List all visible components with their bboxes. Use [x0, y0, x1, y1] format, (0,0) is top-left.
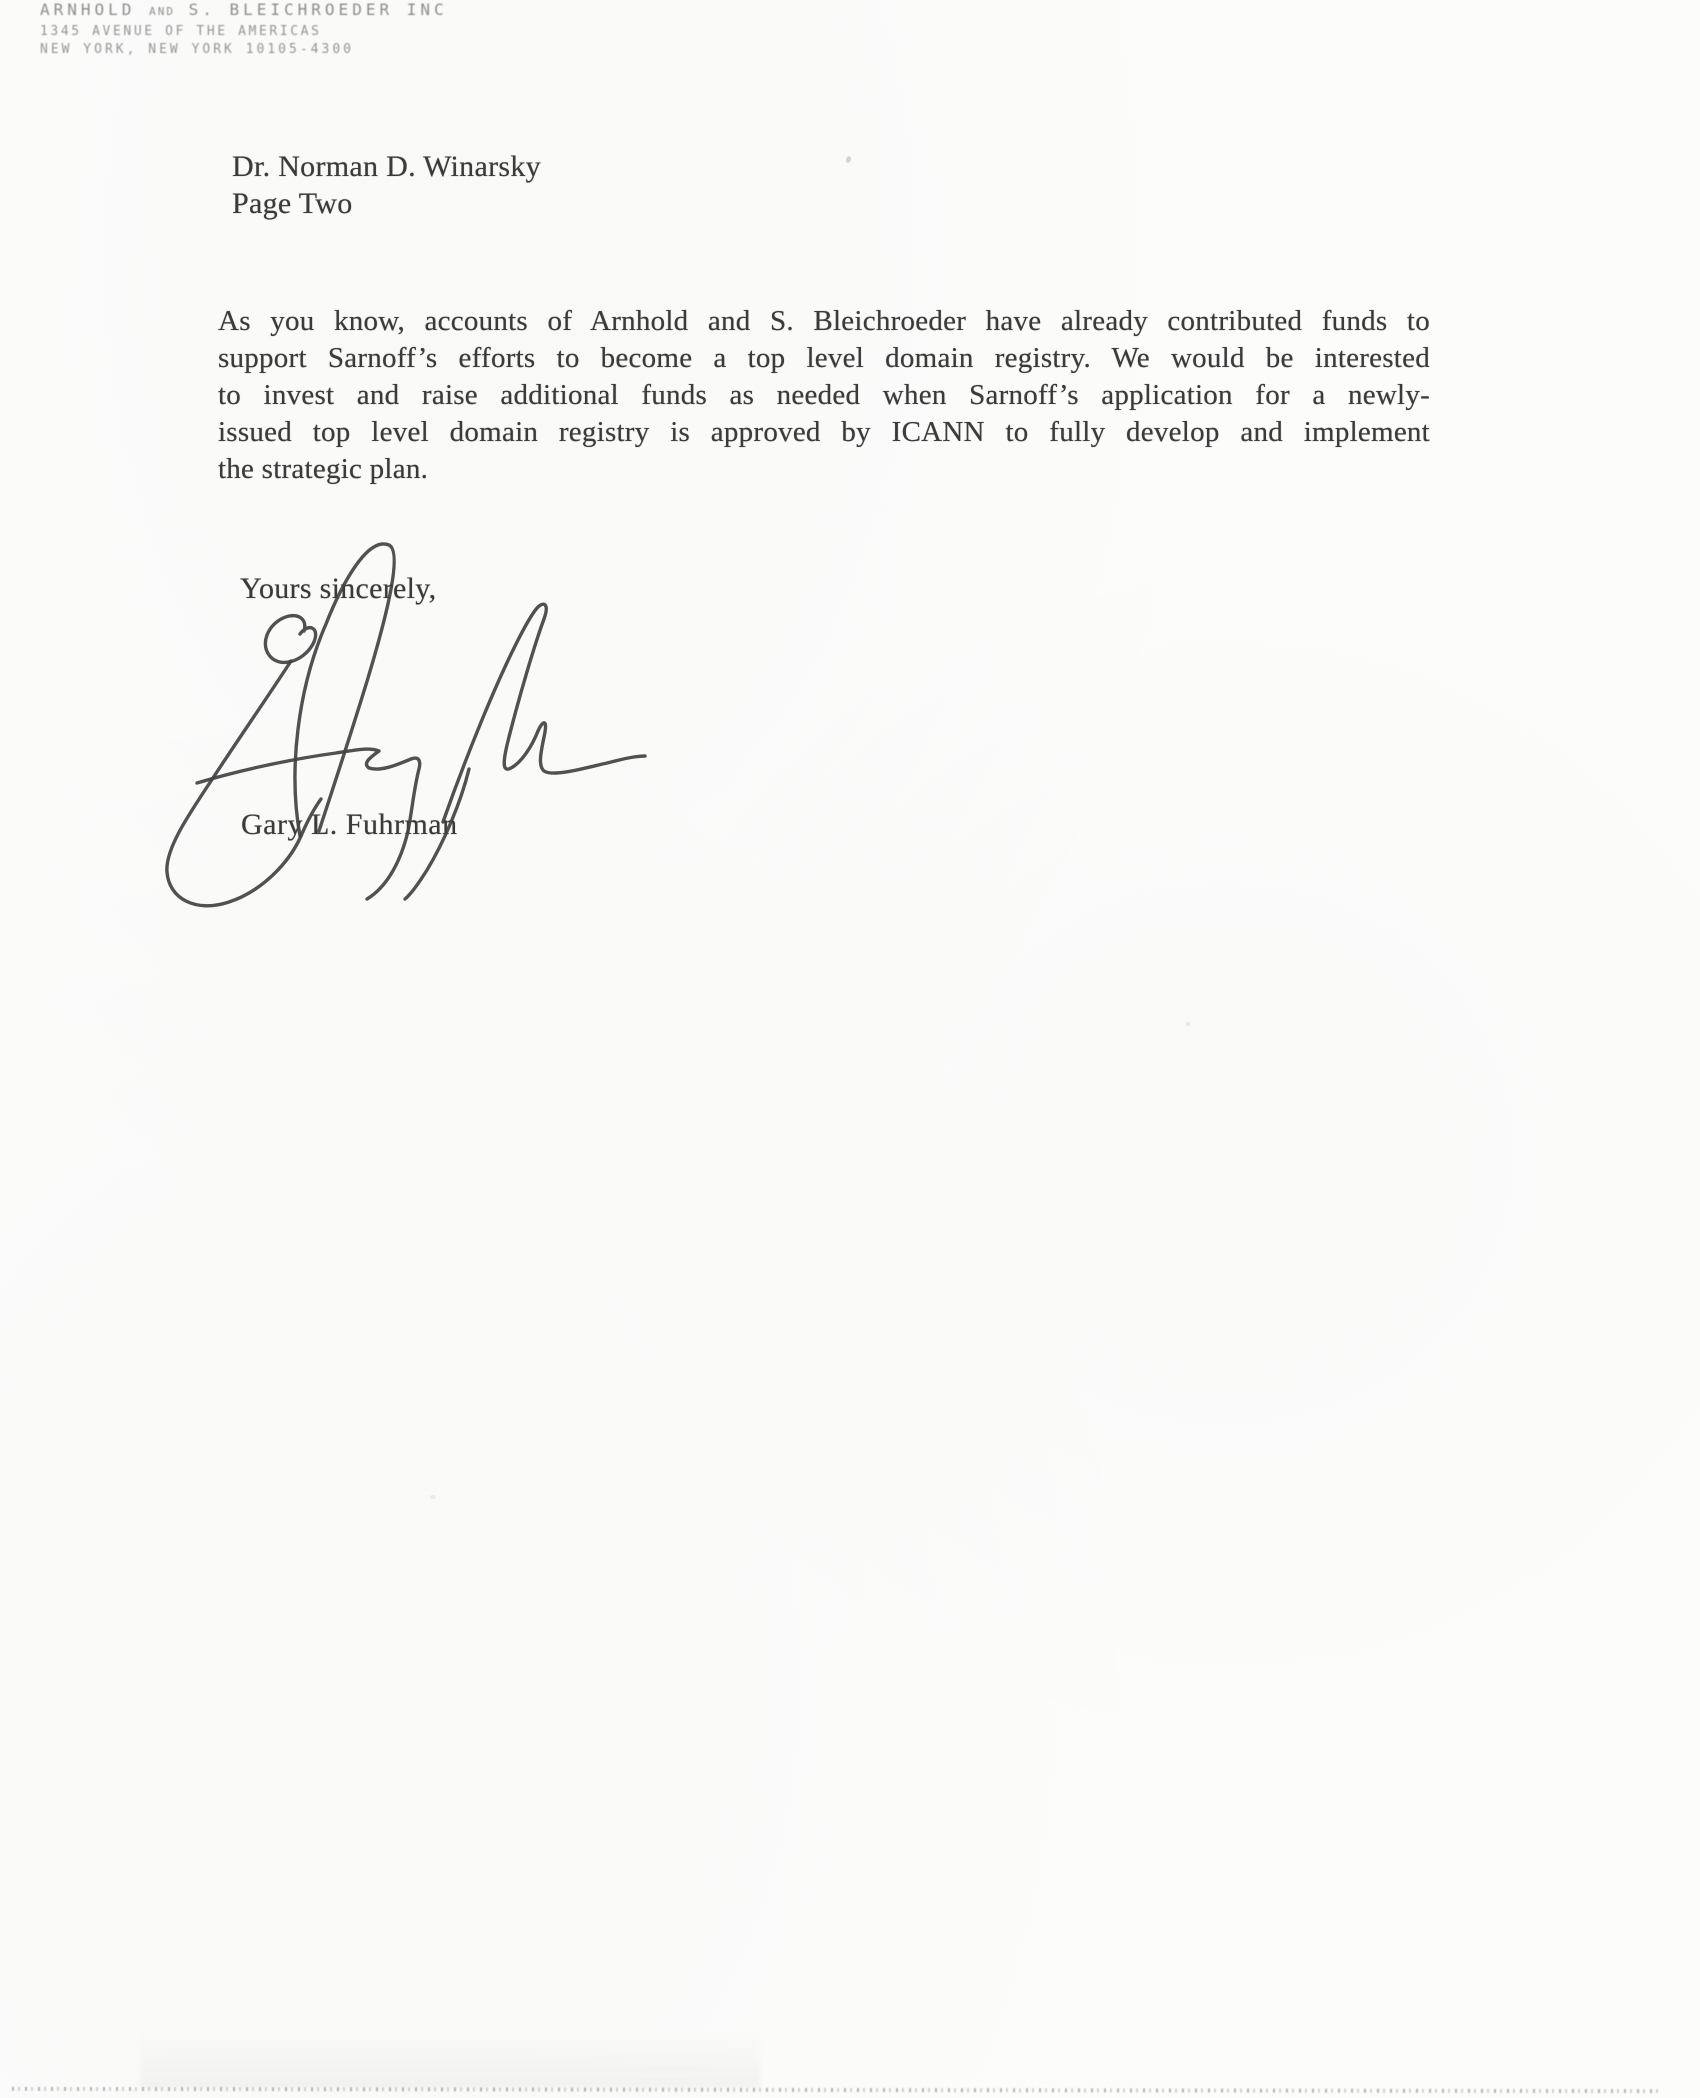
- handwritten-signature: [140, 520, 660, 920]
- scan-speck: [845, 155, 852, 163]
- scan-speck: [430, 1495, 436, 1499]
- body-line: support Sarnoff’s efforts to become a to…: [218, 340, 1430, 377]
- recipient-block: Dr. Norman D. Winarsky Page Two: [232, 148, 541, 222]
- signature-stroke: [197, 749, 420, 899]
- letterhead-address-city: NEW YORK, NEW YORK 10105-4300: [40, 43, 448, 56]
- letterhead-company-post: S. BLEICHROEDER INC: [189, 0, 448, 19]
- scan-bottom-edge-artifact: [12, 2087, 1662, 2093]
- letterhead-address-street: 1345 AVENUE OF THE AMERICAS: [40, 25, 448, 38]
- page-number-label: Page Two: [232, 185, 541, 222]
- body-line: issued top level domain registry is appr…: [218, 414, 1430, 451]
- scan-speck: [1186, 1022, 1190, 1026]
- letter-body-paragraph: As you know, accounts of Arnhold and S. …: [218, 303, 1430, 488]
- signature-stroke: [167, 661, 321, 906]
- body-line: to invest and raise additional funds as …: [218, 377, 1430, 414]
- letterhead-company-and: and: [149, 5, 175, 18]
- body-line: the strategic plan.: [218, 451, 1430, 488]
- letterhead: ARNHOLD and S. BLEICHROEDER INC 1345 AVE…: [40, 2, 448, 56]
- scan-smudge: [140, 2030, 760, 2088]
- letterhead-company-name: ARNHOLD and S. BLEICHROEDER INC: [40, 2, 448, 18]
- scanned-letter-page: ARNHOLD and S. BLEICHROEDER INC 1345 AVE…: [0, 0, 1700, 2098]
- recipient-name: Dr. Norman D. Winarsky: [232, 148, 541, 185]
- body-line: As you know, accounts of Arnhold and S. …: [218, 303, 1430, 340]
- signature-stroke: [265, 616, 315, 663]
- signature-stroke: [295, 544, 394, 836]
- letterhead-company-pre: ARNHOLD: [40, 0, 135, 19]
- signature-stroke: [443, 604, 645, 822]
